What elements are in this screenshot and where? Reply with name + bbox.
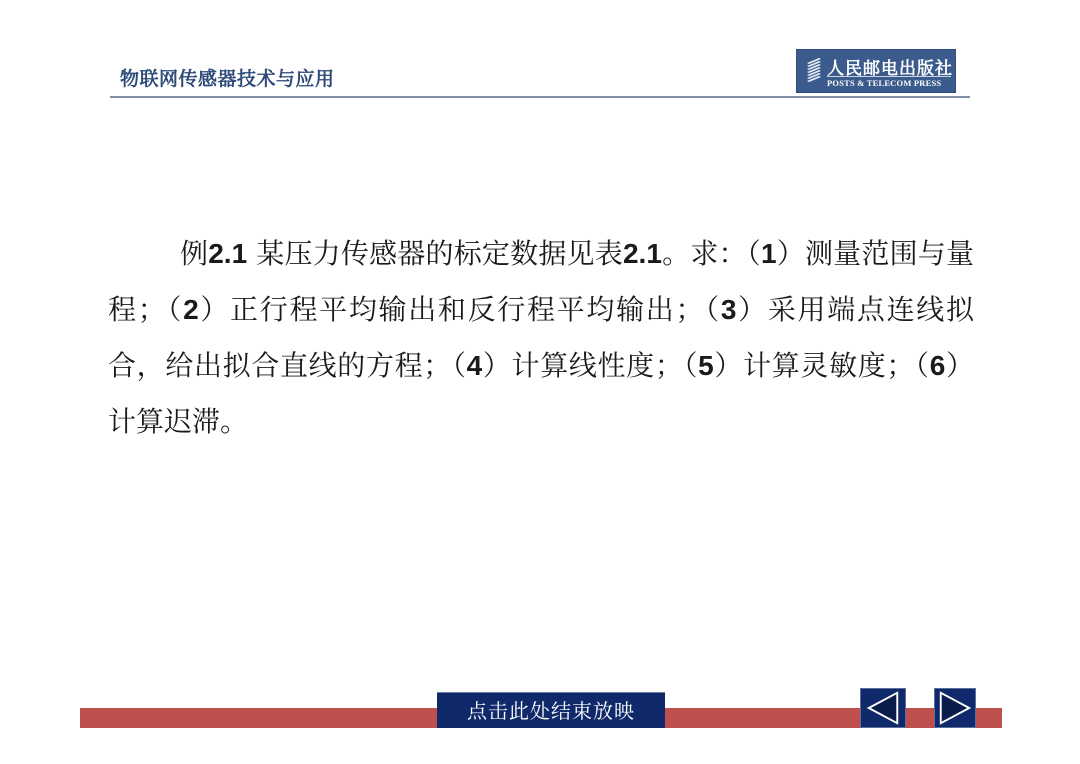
question-number: 5 [698,350,714,381]
course-title: 物联网传感器技术与应用 [120,64,335,91]
example-number: 2.1 [208,238,247,269]
example-label: 例 [180,237,208,270]
example-problem-text: 例2.1 某压力传感器的标定数据见表2.1。求：（1）测量范围与量程；（2）正行… [108,226,974,450]
publisher-logo-icon [805,57,823,85]
question-number: 6 [930,350,946,381]
logo-divider [827,76,951,77]
question-text: ）正行程平均输出和反行程平均输出；（ [199,293,721,326]
end-slideshow-button[interactable]: 点击此处结束放映 [437,692,665,728]
publisher-logo: 人民邮电出版社 POSTS & TELECOM PRESS [796,49,956,93]
header-divider [110,96,970,98]
triangle-right-icon [935,689,975,727]
table-ref: 2.1 [623,238,662,269]
question-text: ）计算灵敏度；（ [714,349,930,382]
problem-intro: 某压力传感器的标定数据见表 [247,237,623,270]
triangle-left-icon [861,689,905,727]
problem-text: 。求：（ [662,237,761,270]
publisher-name-en: POSTS & TELECOM PRESS [827,78,941,88]
question-number: 2 [183,294,199,325]
previous-slide-button[interactable] [860,688,906,728]
question-number: 4 [467,350,483,381]
question-number: 1 [761,238,777,269]
question-number: 3 [721,294,737,325]
next-slide-button[interactable] [934,688,976,728]
question-text: ）计算线性度；（ [482,349,698,382]
